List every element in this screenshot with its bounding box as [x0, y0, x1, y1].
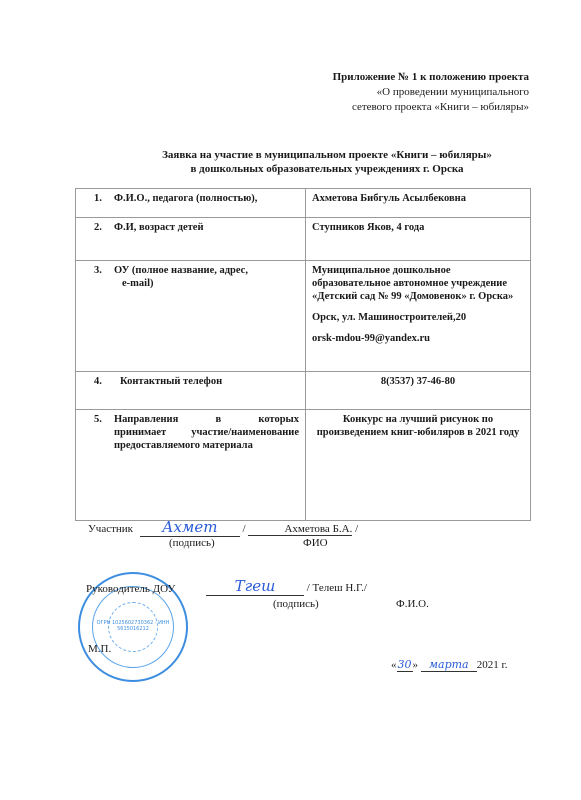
table-row: 3.ОУ (полное название, адрес, e-mail) Му…: [76, 261, 531, 372]
label-text-cont: e-mail): [82, 277, 299, 290]
date-month: марта: [421, 658, 477, 672]
label-text: предоставляемого материала: [114, 439, 299, 452]
director-signature-field: Тгеш: [206, 577, 304, 596]
institution-name: Муниципальное дошкольное образовательное…: [312, 265, 513, 302]
appendix-subtitle-2: сетевого проекта «Книги – юбиляры»: [333, 100, 529, 115]
row-label: 1.Ф.И.О., педагога (полностью),: [76, 189, 306, 218]
separator: /: [355, 523, 358, 535]
row-number: 2.: [82, 221, 114, 234]
institution-email: orsk-mdou-99@yandex.ru: [312, 332, 524, 345]
stamp-place-label: М.П.: [88, 643, 111, 655]
label-text: Ф.И.О., педагога (полностью),: [114, 193, 257, 204]
director-name: / Телеш Н.Г./: [307, 582, 367, 594]
row-label: 4.Контактный телефон: [76, 372, 306, 410]
participant-label: Участник: [88, 523, 133, 535]
signing-date: «30» марта2021 г.: [391, 658, 508, 672]
table-row: 1.Ф.И.О., педагога (полностью), Ахметова…: [76, 189, 531, 218]
label-text: Контактный телефон: [114, 376, 222, 387]
participant-name-caption: ФИО: [303, 537, 328, 549]
row-value: Ахметова Бибгуль Асылбековна: [306, 189, 531, 218]
row-value: Муниципальное дошкольное образовательное…: [306, 261, 531, 372]
row-value: 8(3537) 37-46-80: [306, 372, 531, 410]
row-label: 3.ОУ (полное название, адрес, e-mail): [76, 261, 306, 372]
director-signature-line: Тгеш / Телеш Н.Г./: [206, 577, 367, 596]
stamp-text: ОГРН 1025602730362 · ИНН 5615016212: [80, 620, 186, 632]
director-name-caption: Ф.И.О.: [396, 598, 429, 610]
row-number: 1.: [82, 192, 114, 205]
label-text: принимает участие/наименование: [114, 426, 299, 439]
row-label: 5. Направления в которых принимает участ…: [76, 410, 306, 521]
row-value: Ступников Яков, 4 года: [306, 218, 531, 261]
title-line-1: Заявка на участие в муниципальном проект…: [0, 148, 581, 162]
participant-name: Ахметова Б.А.: [248, 523, 352, 536]
date-day: 30: [397, 658, 413, 672]
director-label: Руководитель ДОУ: [86, 583, 175, 595]
application-title: Заявка на участие в муниципальном проект…: [0, 148, 581, 176]
director-signature-caption: (подпись): [273, 598, 319, 610]
director-signature: Тгеш: [235, 577, 276, 595]
quote-close: »: [413, 659, 419, 671]
row-number: 4.: [82, 375, 114, 388]
table-row: 4.Контактный телефон 8(3537) 37-46-80: [76, 372, 531, 410]
table-row: 5. Направления в которых принимает участ…: [76, 410, 531, 521]
label-text: ОУ (полное название, адрес,: [114, 265, 248, 276]
application-form-table: 1.Ф.И.О., педагога (полностью), Ахметова…: [75, 188, 531, 521]
participant-signature-line: Участник Ахмет / Ахметова Б.А. /: [88, 518, 358, 537]
row-number: 5.: [82, 413, 114, 452]
label-text: Ф.И, возраст детей: [114, 222, 204, 233]
date-year: 2021 г.: [477, 659, 508, 671]
title-line-2: в дошкольных образовательных учреждениях…: [0, 162, 581, 176]
label-text: Направления в которых: [114, 413, 299, 426]
document-header: Приложение № 1 к положению проекта «О пр…: [333, 70, 529, 115]
institution-address: Орск, ул. Машиностроителей,20: [312, 311, 524, 324]
table-row: 2.Ф.И, возраст детей Ступников Яков, 4 г…: [76, 218, 531, 261]
appendix-title: Приложение № 1 к положению проекта: [333, 70, 529, 85]
participant-signature-field: Ахмет: [140, 518, 240, 537]
participant-signature-caption: (подпись): [169, 537, 215, 549]
row-value: Конкурс на лучший рисунок по произведени…: [306, 410, 531, 521]
separator: /: [243, 523, 246, 535]
participant-signature: Ахмет: [162, 518, 217, 536]
row-number: 3.: [82, 264, 114, 277]
appendix-subtitle-1: «О проведении муниципального: [333, 85, 529, 100]
row-label: 2.Ф.И, возраст детей: [76, 218, 306, 261]
